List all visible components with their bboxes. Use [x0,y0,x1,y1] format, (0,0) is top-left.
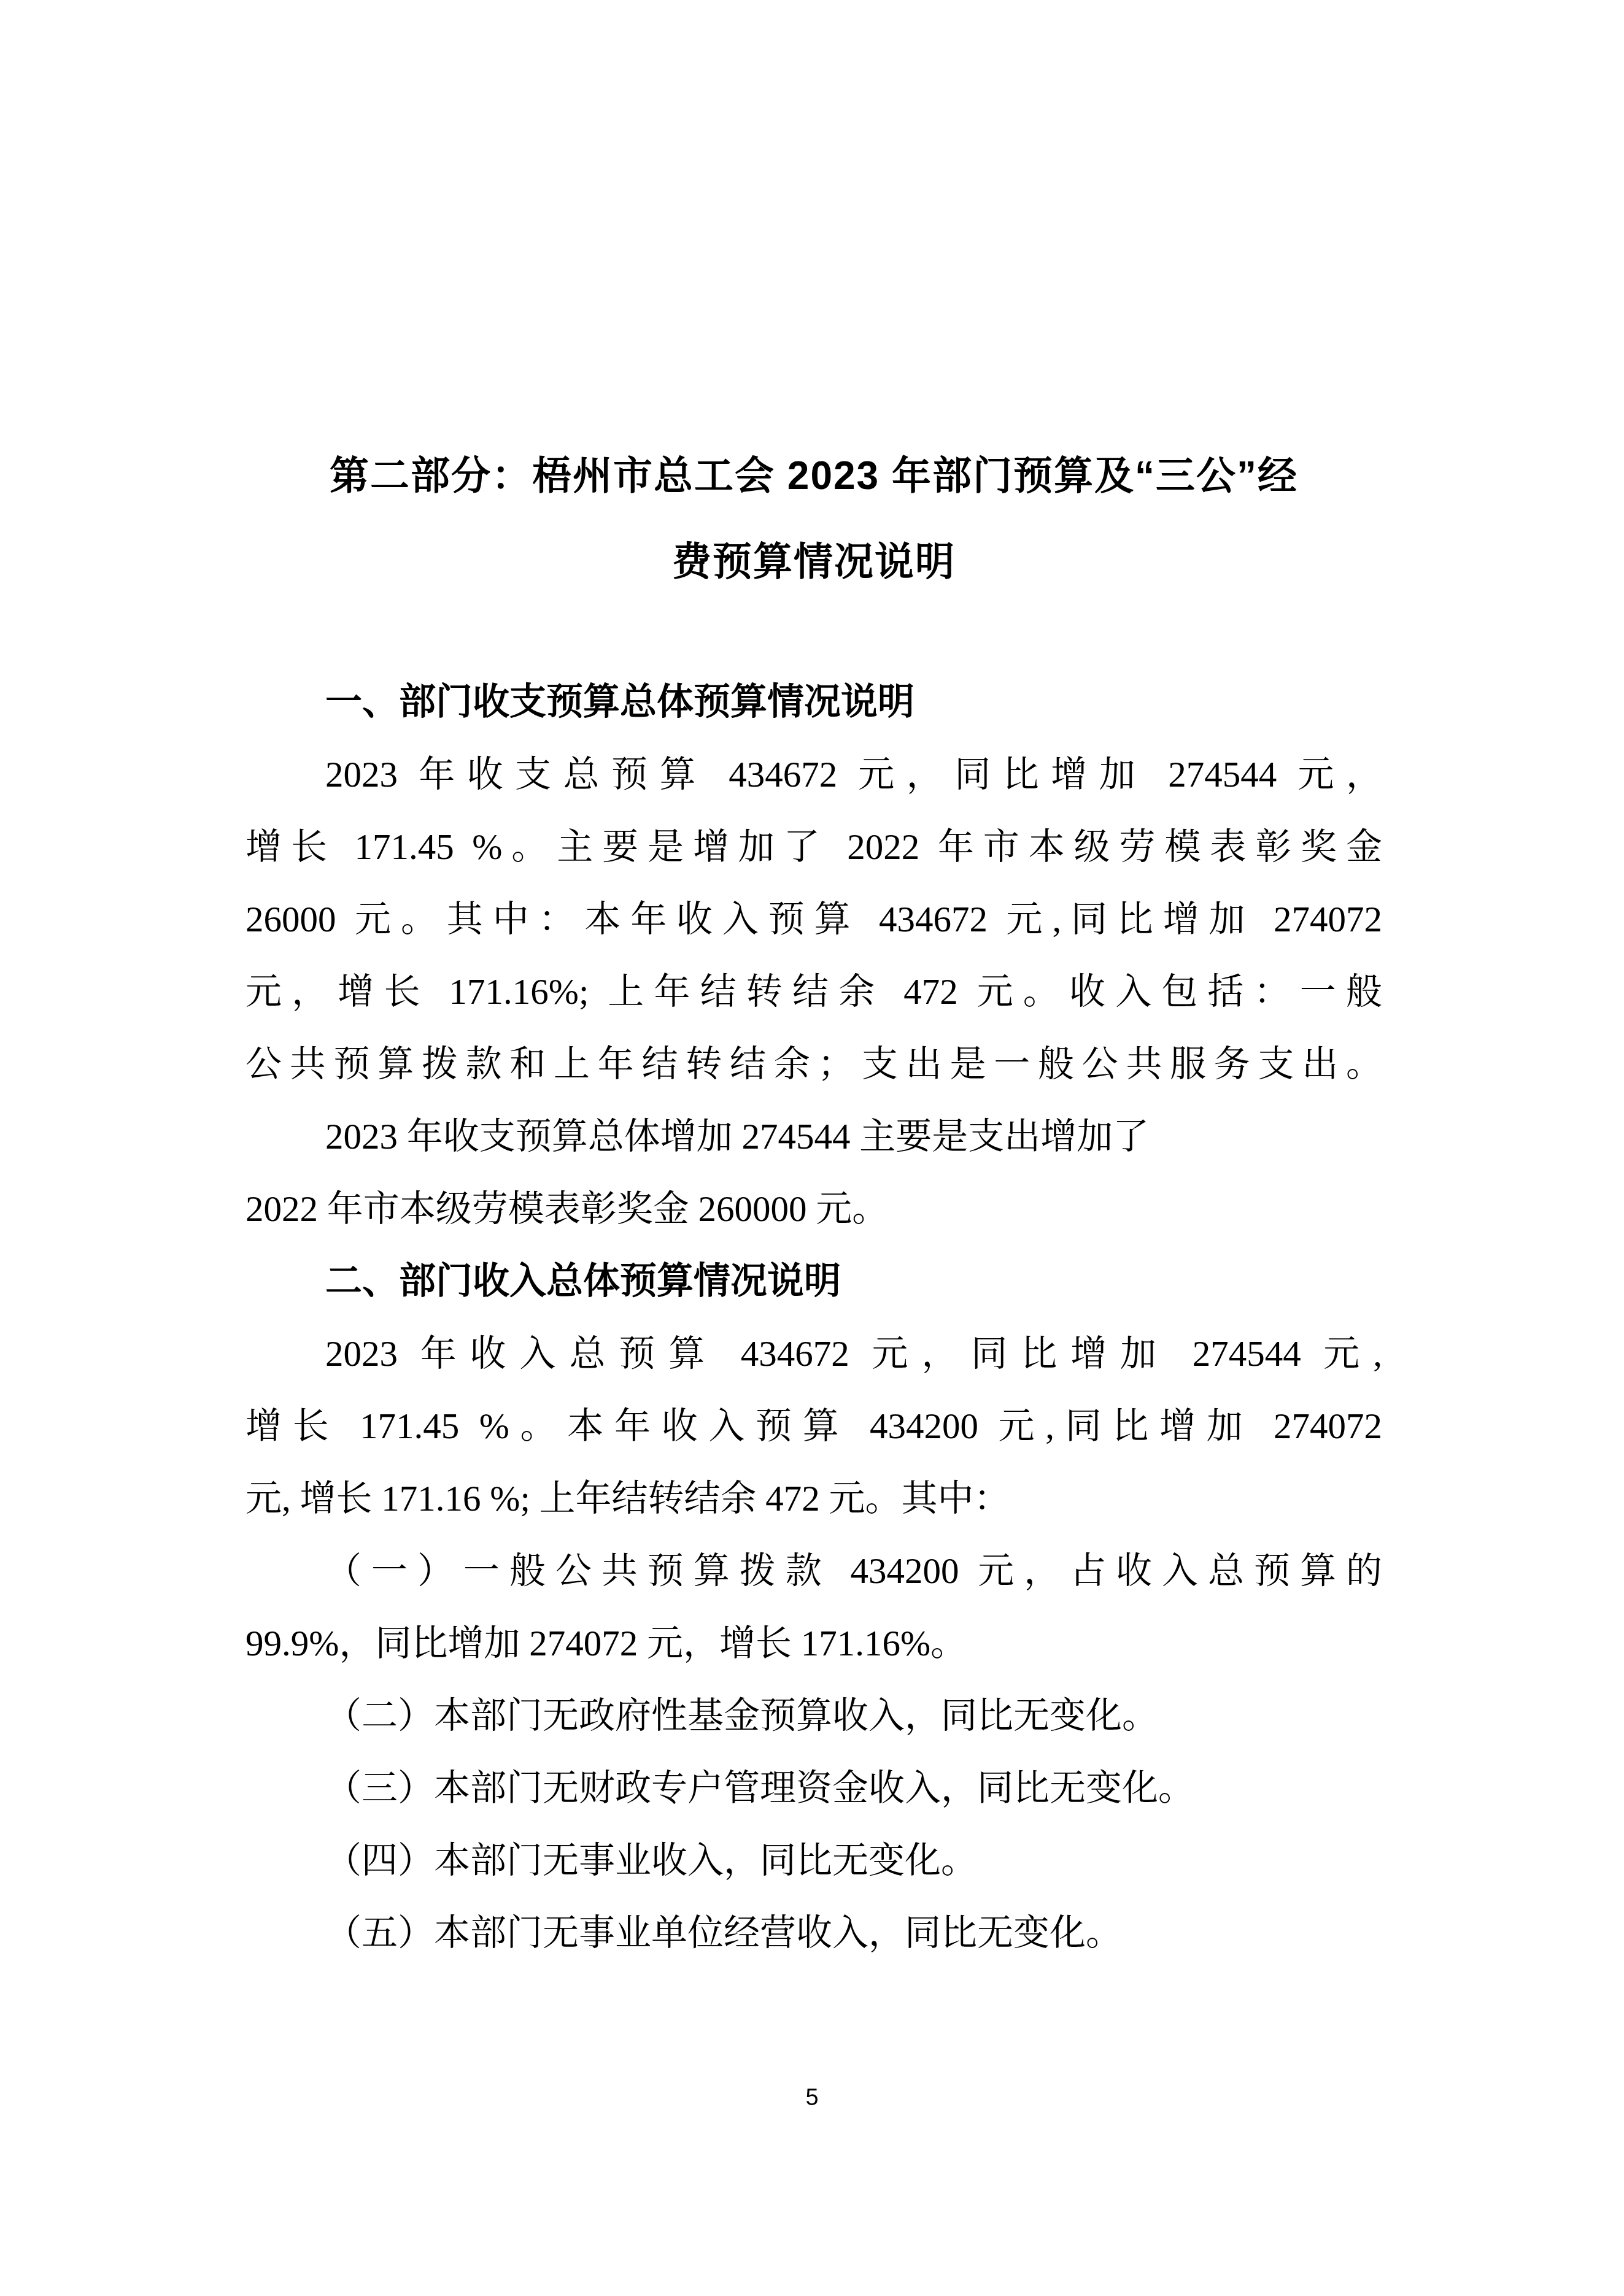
para1-line2: 增长 171.45 %。主要是增加了 2022 年市本级劳模表彰奖金 [246,811,1382,883]
para7-line: （四）本部门无事业收入，同比无变化。 [246,1824,1382,1897]
para8-line: （五）本部门无事业单位经营收入，同比无变化。 [246,1897,1382,1969]
document-title-line2: 费预算情况说明 [246,518,1382,604]
para1-line4: 元，增长 171.16%; 上年结转结余 472 元。收入包括：一般 [246,955,1382,1028]
para2-line2: 2022 年市本级劳模表彰奖金 260000 元。 [246,1173,1382,1245]
para4-line1: （一）一般公共预算拨款 434200 元，占收入总预算的 [246,1535,1382,1607]
document-title-line1: 第二部分：梧州市总工会 2023 年部门预算及“三公”经 [246,433,1382,518]
para3-line1: 2023 年收入总预算 434672 元，同比增加 274544 元, [246,1317,1382,1390]
document-page: 第二部分：梧州市总工会 2023 年部门预算及“三公”经 费预算情况说明 一、部… [0,0,1624,2296]
para3-line2: 增长 171.45 %。本年收入预算 434200 元,同比增加 274072 [246,1390,1382,1462]
para1-line1: 2023 年收支总预算 434672 元，同比增加 274544 元， [246,738,1382,811]
title-body-gap [246,604,1382,666]
document-content: 第二部分：梧州市总工会 2023 年部门预算及“三公”经 费预算情况说明 一、部… [246,0,1382,1969]
section1-heading: 一、部门收支预算总体预算情况说明 [246,666,1382,738]
page-number: 5 [0,2085,1624,2111]
para1-line3: 26000 元。其中：本年收入预算 434672 元,同比增加 274072 [246,883,1382,955]
para2-line1: 2023 年收支预算总体增加 274544 主要是支出增加了 [246,1100,1382,1173]
para3-line3: 元, 增长 171.16 %; 上年结转结余 472 元。其中： [246,1462,1382,1535]
para6-line: （三）本部门无财政专户管理资金收入，同比无变化。 [246,1752,1382,1824]
para4-line2: 99.9%，同比增加 274072 元，增长 171.16%。 [246,1607,1382,1679]
para5-line: （二）本部门无政府性基金预算收入，同比无变化。 [246,1679,1382,1752]
section2-heading: 二、部门收入总体预算情况说明 [246,1245,1382,1317]
document-title: 第二部分：梧州市总工会 2023 年部门预算及“三公”经 费预算情况说明 [246,433,1382,604]
para1-line5: 公共预算拨款和上年结转结余；支出是一般公共服务支出。 [246,1028,1382,1100]
